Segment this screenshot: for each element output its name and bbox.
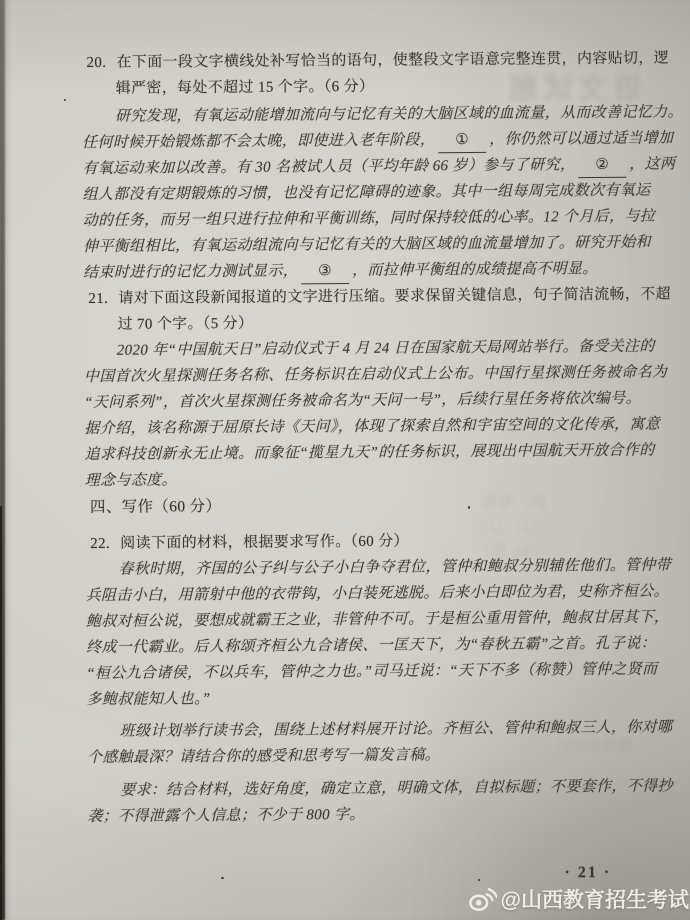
passage-line: 袭；不得泄露个人信息；不少于 800 字。 [6, 799, 690, 830]
dust-speck [478, 879, 480, 881]
block-passage: 2020 年“中国航天日”启动仪式于 4 月 24 日在国家航天局网站举行。备受… [3, 333, 690, 494]
passage-line: 个感触最深？请结合你的感受和思考写一篇发言稿。 [6, 740, 690, 771]
fill-in-blank-①: ① [438, 130, 486, 153]
question-number: 20. [86, 50, 108, 76]
passage-line: 理念与态度。 [4, 463, 690, 494]
question-number: 21. [88, 286, 110, 312]
passage-line: “桓公九合诸侯，不以兵车，管仲之力也。”司马迁说：“天下不多（称赞）管仲之贤而 [5, 656, 690, 687]
block-passage: 春秋时期，齐国的公子纠与公子小白争夺君位，管仲和鲍叔分别辅佐他们。管仲带兵阻击小… [4, 552, 690, 713]
dust-speck [221, 877, 224, 879]
fill-in-blank-②: ② [578, 155, 626, 178]
watermark-text: @山西教育招生考试 [501, 884, 689, 914]
dust-speck [468, 506, 470, 509]
question-stem-line-first: 21.请对下面这段新闻报道的文字进行压缩。要求保留关键信息，句子简洁流畅，不超 [2, 281, 690, 312]
block-stem: 21.请对下面这段新闻报道的文字进行压缩。要求保留关键信息，句子简洁流畅，不超过… [2, 281, 690, 338]
fill-in-blank-③: ③ [301, 261, 349, 284]
block-section: 四、写作（60 分） [4, 490, 690, 521]
passage-line: 要求：结合材料，选好角度，确定立意，明确文体，自拟标题；不要套作，不得抄 [6, 773, 690, 804]
block-passage: 要求：结合材料，选好角度，确定立意，明确文体，自拟标题；不要套作，不得抄袭；不得… [6, 773, 690, 830]
question-stem-line-first: 20.在下面一段文字横线处补写恰当的语句，使整段文字语意完整连贯，内容贴切，逻 [0, 45, 690, 76]
page-number: · 21 · [543, 864, 633, 883]
exam-text: 20.在下面一段文字横线处补写恰当的语句，使整段文字语意完整连贯，内容贴切，逻辑… [0, 45, 690, 830]
paper-sheet: 语文试题 四、写作 （1）（2） （60 分） 读书会讨论 20.在下面一段文字… [0, 0, 690, 920]
block-passage: 研究发现，有氧运动能增加流向与记忆有关的大脑区域的血流量，从而改善记忆力。任何时… [1, 99, 690, 286]
dust-speck [64, 99, 66, 101]
block-passage: 班级计划举行读书会，围绕上述材料展开讨论。齐桓公、管仲和鲍叔三人，你对哪个感触最… [6, 714, 690, 771]
block-stem: 20.在下面一段文字横线处补写恰当的语句，使整段文字语意完整连贯，内容贴切，逻辑… [0, 45, 690, 102]
passage-line: 追求科技创新永无止境。而象征“揽星九天”的任务标识，展现出中国航天开放合作的 [3, 437, 690, 468]
question-stem-line: 辑严密，每处不超过 15 个字。（6 分） [1, 71, 690, 102]
passage-line: 班级计划举行读书会，围绕上述材料展开讨论。齐桓公、管仲和鲍叔三人，你对哪 [6, 714, 690, 745]
section-heading: 四、写作（60 分） [4, 490, 690, 521]
question-number: 22. [90, 531, 112, 557]
watermark: @山西教育招生考试 [467, 884, 689, 914]
paper-left-edge-shadow [0, 506, 2, 920]
weibo-icon [467, 886, 497, 912]
passage-line: 多鲍叔能知人也。” [5, 682, 690, 713]
exam-paper-photo: 语文试题 四、写作 （1）（2） （60 分） 读书会讨论 20.在下面一段文字… [0, 0, 690, 920]
